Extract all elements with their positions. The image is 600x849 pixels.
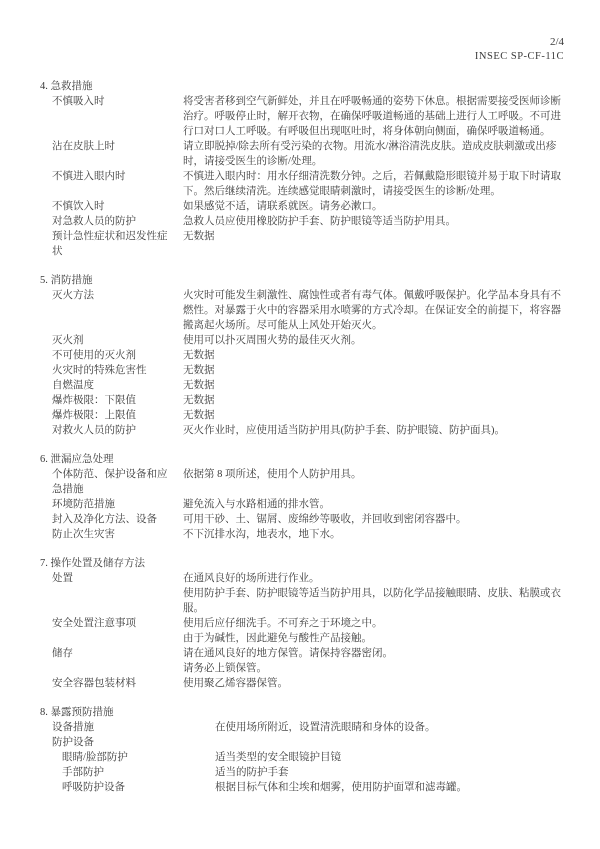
row-label: 灭火方法 [40, 288, 173, 303]
document-body: 4. 急救措施不慎吸入时将受害者移到空气新鲜处，并且在呼吸畅通的姿势下休息。根据… [40, 79, 567, 809]
row-value: 适当类型的安全眼镜护目镜 [215, 750, 567, 765]
data-row: 不慎吸入时将受害者移到空气新鲜处，并且在呼吸畅通的姿势下休息。根据需要接受医师诊… [40, 94, 567, 139]
row-label: 防护设备 [40, 735, 205, 750]
data-row: 预计急性症状和迟发性症状无数据 [40, 229, 567, 259]
row-label: 设备措施 [40, 720, 205, 735]
data-row: 封入及净化方法、设备可用干砂、土、锯屑、废绵纱等吸收，并回收到密闭容器中。 [40, 512, 567, 527]
row-value: 避免流入与水路相通的排水管。 [183, 497, 567, 512]
section-title: 7. 操作处置及储存方法 [40, 556, 567, 571]
section-5: 5. 消防措施灭火方法火灾时可能发生刺激性、腐蚀性或者有毒气体。佩戴呼吸保护。化… [40, 273, 567, 438]
data-row: 不慎饮入时如果感觉不适，请联系就医。请务必漱口。 [40, 199, 567, 214]
data-row: 对急救人员的防护急救人员应使用橡胶防护手套、防护眼镜等适当防护用具。 [40, 214, 567, 229]
data-row: 爆炸极限：上限值无数据 [40, 408, 567, 423]
row-label: 不可使用的灭火剂 [40, 348, 173, 363]
row-label: 灭火剂 [40, 333, 173, 348]
row-value: 依据第 8 项所述，使用个人防护用具。 [183, 467, 567, 482]
data-row: 火灾时的特殊危害性无数据 [40, 363, 567, 378]
row-label: 对救火人员的防护 [40, 423, 173, 438]
row-value: 在使用场所附近，设置清洗眼睛和身体的设备。 [215, 720, 567, 735]
row-label: 预计急性症状和迟发性症状 [40, 229, 173, 259]
data-row: 灭火剂使用可以扑灭周围火势的最佳灭火剂。 [40, 333, 567, 348]
row-label: 安全处置注意事项 [40, 616, 173, 631]
row-value: 将受害者移到空气新鲜处，并且在呼吸畅通的姿势下休息。根据需要接受医师诊断治疗。呼… [183, 94, 567, 139]
row-value: 适当的防护手套 [215, 765, 567, 780]
data-row: 手部防护适当的防护手套 [40, 765, 567, 780]
data-row: 个体防范、保护设备和应急措施依据第 8 项所述，使用个人防护用具。 [40, 467, 567, 497]
row-label: 个体防范、保护设备和应急措施 [40, 467, 173, 497]
page-number: 2/4 [475, 35, 564, 49]
data-row: 眼睛/脸部防护适当类型的安全眼镜护目镜 [40, 750, 567, 765]
data-row: 爆炸极限：下限值无数据 [40, 393, 567, 408]
row-value: 根据目标气体和尘埃和烟雾，使用防护面罩和滤毒罐。 [215, 780, 567, 795]
row-value: 在通风良好的场所进行作业。 使用防护手套、防护眼镜等适当防护用具，以防化学品接触… [183, 571, 567, 616]
row-value: 使用后应仔细洗手。不可弃之于环境之中。 由于为碱性，因此避免与酸性产品接触。 [183, 616, 567, 646]
data-row: 对救火人员的防护灭火作业时，应使用适当防护用具(防护手套、防护眼镜、防护面具)。 [40, 423, 567, 438]
data-row: 防护设备 [40, 735, 567, 750]
data-row: 安全处置注意事项使用后应仔细洗手。不可弃之于环境之中。 由于为碱性，因此避免与酸… [40, 616, 567, 646]
data-row: 不慎进入眼内时不慎进入眼内时：用水仔细清洗数分钟。之后，若佩戴隐形眼镜并易于取下… [40, 169, 567, 199]
row-value: 灭火作业时，应使用适当防护用具(防护手套、防护眼镜、防护面具)。 [183, 423, 567, 438]
data-row: 呼吸防护设备根据目标气体和尘埃和烟雾，使用防护面罩和滤毒罐。 [40, 780, 567, 795]
data-row: 储存请在通风良好的地方保管。请保持容器密闭。 请务必上锁保管。 [40, 646, 567, 676]
row-value: 无数据 [183, 378, 567, 393]
data-row: 安全容器包装材料使用聚乙烯容器保管。 [40, 676, 567, 691]
page-header: 2/4 INSEC SP-CF-11C [475, 35, 564, 64]
product-code: INSEC SP-CF-11C [475, 49, 564, 64]
row-label: 呼吸防护设备 [40, 780, 205, 795]
row-label: 不慎饮入时 [40, 199, 173, 214]
section-7: 7. 操作处置及储存方法处置在通风良好的场所进行作业。 使用防护手套、防护眼镜等… [40, 556, 567, 691]
row-label: 储存 [40, 646, 173, 661]
row-value: 无数据 [183, 348, 567, 363]
row-label: 自燃温度 [40, 378, 173, 393]
row-value: 不下沉排水沟，地表水，地下水。 [183, 527, 567, 542]
section-6: 6. 泄漏应急处理个体防范、保护设备和应急措施依据第 8 项所述，使用个人防护用… [40, 452, 567, 542]
section-title: 8. 暴露预防措施 [40, 705, 567, 720]
row-value: 使用可以扑灭周围火势的最佳灭火剂。 [183, 333, 567, 348]
row-value: 无数据 [183, 363, 567, 378]
section-title: 6. 泄漏应急处理 [40, 452, 567, 467]
row-label: 火灾时的特殊危害性 [40, 363, 173, 378]
section-4: 4. 急救措施不慎吸入时将受害者移到空气新鲜处，并且在呼吸畅通的姿势下休息。根据… [40, 79, 567, 259]
data-row: 设备措施在使用场所附近，设置清洗眼睛和身体的设备。 [40, 720, 567, 735]
row-label: 对急救人员的防护 [40, 214, 173, 229]
row-label: 爆炸极限：上限值 [40, 408, 173, 423]
data-row: 不可使用的灭火剂无数据 [40, 348, 567, 363]
row-label: 眼睛/脸部防护 [40, 750, 205, 765]
row-value: 使用聚乙烯容器保管。 [183, 676, 567, 691]
row-label: 处置 [40, 571, 173, 586]
row-value: 不慎进入眼内时：用水仔细清洗数分钟。之后，若佩戴隐形眼镜并易于取下时请取下。然后… [183, 169, 567, 199]
row-label: 爆炸极限：下限值 [40, 393, 173, 408]
section-title: 4. 急救措施 [40, 79, 567, 94]
data-row: 沾在皮肤上时请立即脱掉/除去所有受污染的衣物。用流水/淋浴清洗皮肤。造成皮肤刺激… [40, 139, 567, 169]
data-row: 环境防范措施避免流入与水路相通的排水管。 [40, 497, 567, 512]
data-row: 防止次生灾害不下沉排水沟，地表水，地下水。 [40, 527, 567, 542]
data-row: 灭火方法火灾时可能发生刺激性、腐蚀性或者有毒气体。佩戴呼吸保护。化学品本身具有不… [40, 288, 567, 333]
row-label: 沾在皮肤上时 [40, 139, 173, 154]
sds-document-page: 2/4 INSEC SP-CF-11C 4. 急救措施不慎吸入时将受害者移到空气… [0, 0, 600, 849]
row-value: 请在通风良好的地方保管。请保持容器密闭。 请务必上锁保管。 [183, 646, 567, 676]
row-label: 安全容器包装材料 [40, 676, 173, 691]
section-8: 8. 暴露预防措施设备措施在使用场所附近，设置清洗眼睛和身体的设备。防护设备眼睛… [40, 705, 567, 795]
data-row: 处置在通风良好的场所进行作业。 使用防护手套、防护眼镜等适当防护用具，以防化学品… [40, 571, 567, 616]
row-value: 可用干砂、土、锯屑、废绵纱等吸收，并回收到密闭容器中。 [183, 512, 567, 527]
row-value: 无数据 [183, 408, 567, 423]
row-value: 无数据 [183, 393, 567, 408]
row-value: 急救人员应使用橡胶防护手套、防护眼镜等适当防护用具。 [183, 214, 567, 229]
row-label: 不慎进入眼内时 [40, 169, 173, 184]
row-value: 请立即脱掉/除去所有受污染的衣物。用流水/淋浴清洗皮肤。造成皮肤刺激或出疹时，请… [183, 139, 567, 169]
row-value: 火灾时可能发生刺激性、腐蚀性或者有毒气体。佩戴呼吸保护。化学品本身具有不燃性。对… [183, 288, 567, 333]
row-label: 手部防护 [40, 765, 205, 780]
row-label: 环境防范措施 [40, 497, 173, 512]
section-title: 5. 消防措施 [40, 273, 567, 288]
row-label: 不慎吸入时 [40, 94, 173, 109]
row-label: 防止次生灾害 [40, 527, 173, 542]
data-row: 自燃温度无数据 [40, 378, 567, 393]
row-value: 如果感觉不适，请联系就医。请务必漱口。 [183, 199, 567, 214]
row-value: 无数据 [183, 229, 567, 244]
row-label: 封入及净化方法、设备 [40, 512, 173, 527]
